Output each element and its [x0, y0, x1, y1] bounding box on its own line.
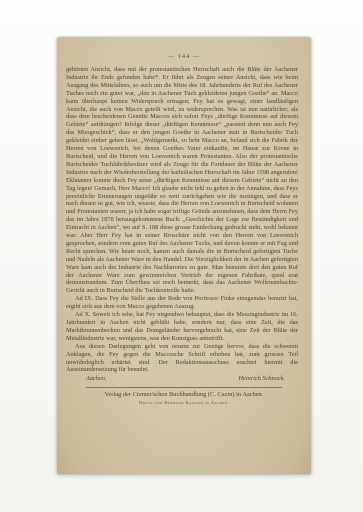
printer-line: Druck von Hermann Kaatzer in Aachen. — [57, 399, 311, 406]
publisher-line: Verlag der Cremer'schen Buchhandlung (C.… — [57, 391, 311, 399]
paragraph: gehörten Ansicht, dass mit der protestan… — [66, 66, 298, 295]
page-number: — 144 — — [57, 53, 311, 61]
paragraph: Ad IX. Dass Fey die Stelle aus der Rede … — [66, 295, 298, 311]
body-text: gehörten Ansicht, dass mit der protestan… — [66, 66, 298, 374]
imprint-divider — [86, 387, 282, 388]
imprint: Verlag der Cremer'schen Buchhandlung (C.… — [57, 391, 311, 406]
signature-place: Aachen. — [86, 374, 106, 383]
paragraph: Aus diesen Darlegungen geht von neuem zu… — [66, 343, 298, 375]
signature-author: Heinrich Schnock. — [238, 374, 285, 383]
signature-row: Aachen. Heinrich Schnock. — [86, 374, 285, 383]
scan-background: — 144 — gehörten Ansicht, dass mit der p… — [0, 0, 363, 512]
paragraph: Ad X. Soweit ich sehe, hat Fey nirgendwo… — [66, 311, 298, 343]
scanned-page: — 144 — gehörten Ansicht, dass mit der p… — [57, 37, 311, 474]
